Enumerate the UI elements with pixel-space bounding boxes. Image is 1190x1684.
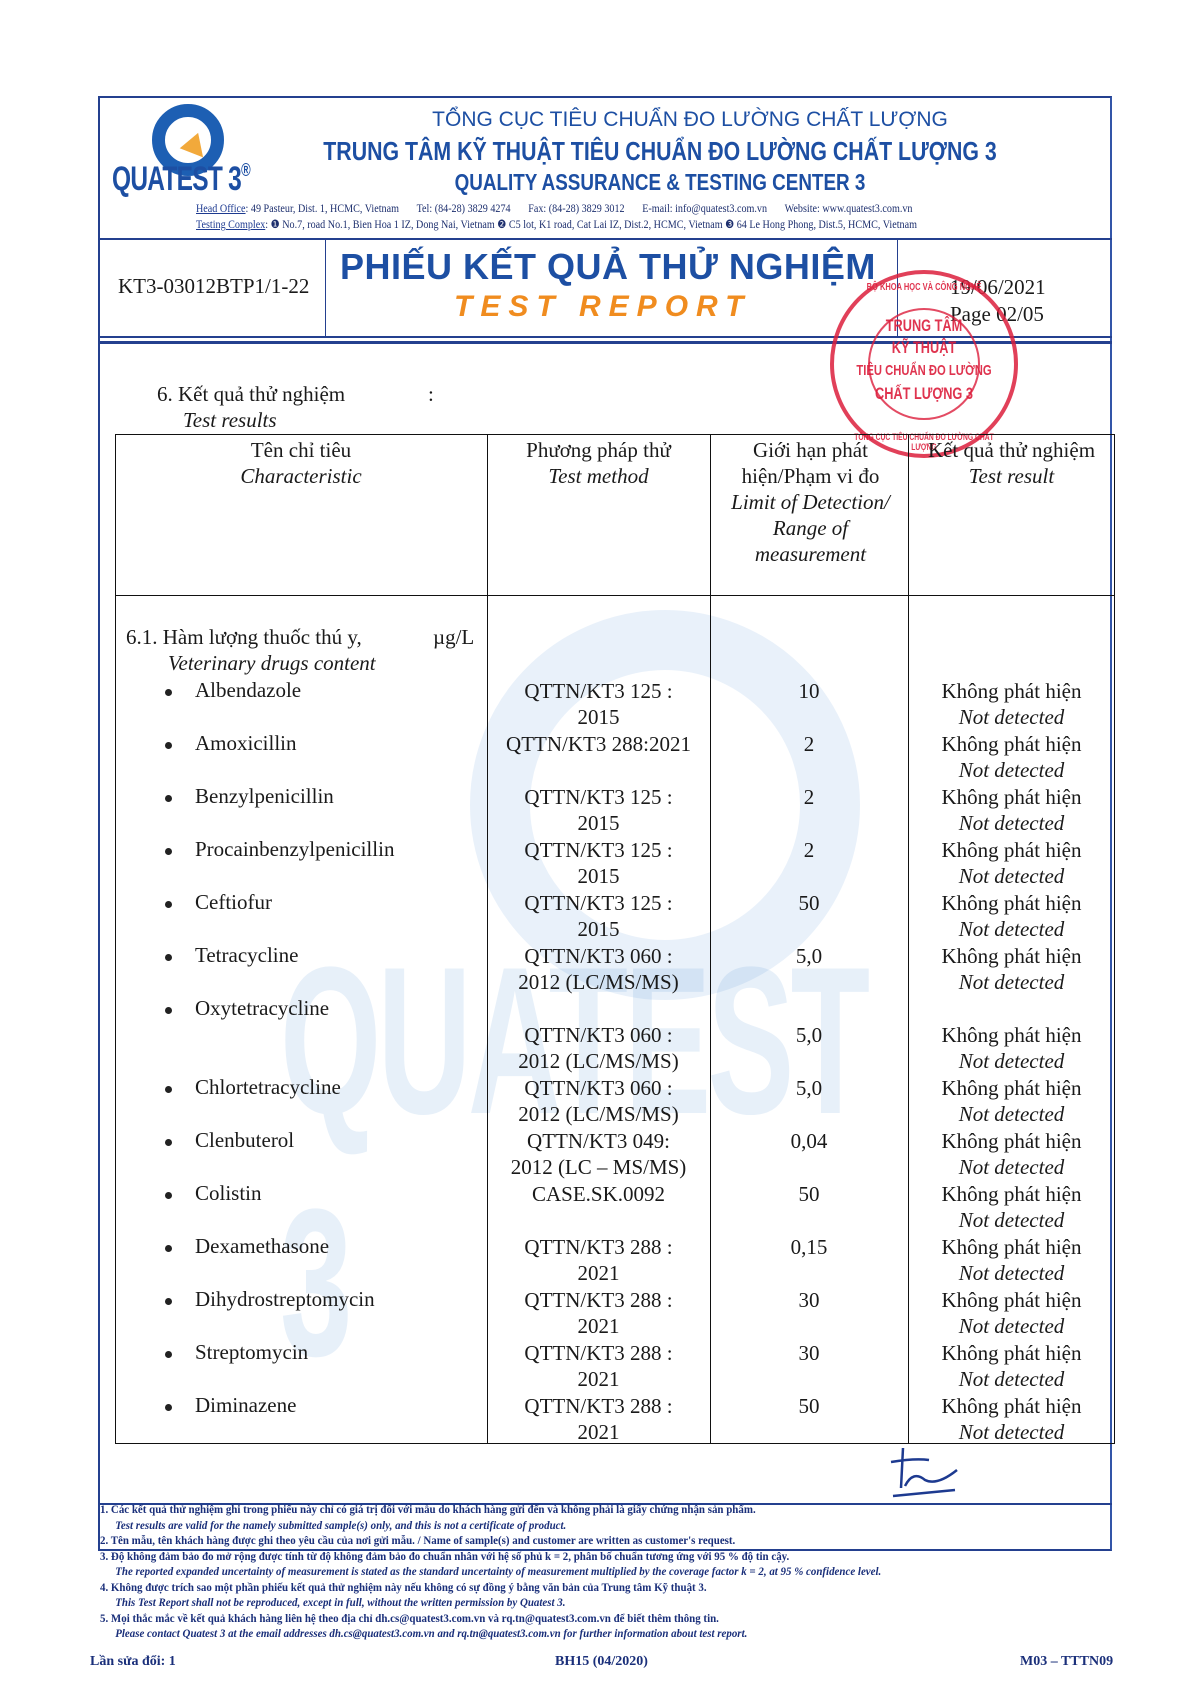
group-unit: µg/L (433, 625, 474, 650)
row-characteristic: Ceftiofur (195, 890, 272, 915)
revision-number: Lần sửa đổi: 1 (90, 1654, 176, 1670)
row-characteristic: Benzylpenicillin (195, 784, 334, 809)
row-test-method: QTTN/KT3 125 :2015 (487, 678, 710, 730)
row-test-result: Không phát hiệnNot detected (908, 1075, 1115, 1127)
row-limit-of-detection: 30 (710, 1340, 908, 1366)
row-test-method: QTTN/KT3 125 :2015 (487, 784, 710, 836)
row-limit-of-detection: 10 (710, 678, 908, 704)
note-4-en: This Test Report shall not be reproduced… (100, 1596, 1060, 1612)
signature-icon (885, 1440, 965, 1500)
row-characteristic: Colistin (195, 1181, 262, 1206)
row-limit-of-detection: 5,0 (710, 1075, 908, 1101)
section-title-vi: 6. Kết quả thử nghiệm (157, 382, 345, 407)
stamp-line-3: TIÊU CHUẨN ĐO LƯỜNG (854, 362, 995, 379)
header-line-3: QUALITY ASSURANCE & TESTING CENTER 3 (291, 169, 1029, 196)
row-test-method: QTTN/KT3 288 :2021 (487, 1393, 710, 1445)
document-number: KT3-03012BTP1/1-22 (118, 274, 309, 299)
header-line-1: TỔNG CỤC TIÊU CHUẨN ĐO LƯỜNG CHẤT LƯỢNG (270, 108, 1110, 132)
row-characteristic: Procainbenzylpenicillin (195, 837, 394, 862)
stamp-line-2: KỸ THUẬT (854, 338, 995, 358)
bullet-icon (165, 1192, 172, 1199)
note-3-vi: 3. Độ không đảm bảo đo mở rộng được tính… (100, 1550, 1060, 1566)
row-test-method: QTTN/KT3 060 :2012 (LC/MS/MS) (487, 1022, 710, 1074)
table-header-divider (115, 595, 1115, 596)
row-limit-of-detection: 2 (710, 784, 908, 810)
row-characteristic: Diminazene (195, 1393, 296, 1418)
note-1-vi: 1. Các kết quả thử nghiệm ghi trong phiế… (100, 1503, 1060, 1519)
stamp-line-1: TRUNG TÂM (854, 316, 995, 336)
row-limit-of-detection: 2 (710, 837, 908, 863)
row-characteristic: Tetracycline (195, 943, 298, 968)
group-title-en: Veterinary drugs content (168, 651, 376, 676)
note-3-en: The reported expanded uncertainty of mea… (100, 1565, 1060, 1581)
row-test-result: Không phát hiệnNot detected (908, 890, 1115, 942)
logo-text: QUATEST 3® (112, 160, 250, 199)
head-office-contact: Head Office: 49 Pasteur, Dist. 1, HCMC, … (196, 203, 912, 215)
report-title-vi: PHIẾU KẾT QUẢ THỬ NGHIỆM (340, 246, 900, 288)
row-test-method: QTTN/KT3 125 :2015 (487, 837, 710, 889)
row-test-method: QTTN/KT3 125 :2015 (487, 890, 710, 942)
row-limit-of-detection: 5,0 (710, 1022, 908, 1048)
form-code: BH15 (04/2020) (555, 1654, 648, 1670)
header-test-result: Kết quả thử nghiệmTest result (908, 437, 1115, 489)
row-limit-of-detection: 0,04 (710, 1128, 908, 1154)
row-limit-of-detection: 0,15 (710, 1234, 908, 1260)
row-characteristic: Albendazole (195, 678, 301, 703)
row-test-result: Không phát hiệnNot detected (908, 1128, 1115, 1180)
row-test-method: QTTN/KT3 060 :2012 (LC/MS/MS) (487, 1075, 710, 1127)
row-test-method: QTTN/KT3 049:2012 (LC – MS/MS) (487, 1128, 710, 1180)
row-limit-of-detection: 50 (710, 1393, 908, 1419)
header-divider (98, 238, 1112, 240)
stamp-line-4: CHẤT LƯỢNG 3 (854, 384, 995, 404)
row-test-result: Không phát hiệnNot detected (908, 678, 1115, 730)
bullet-icon (165, 1404, 172, 1411)
row-characteristic: Clenbuterol (195, 1128, 294, 1153)
note-1-en: Test results are valid for the namely su… (100, 1519, 1060, 1535)
section-title-en: Test results (183, 408, 277, 433)
row-limit-of-detection: 50 (710, 890, 908, 916)
row-characteristic: Amoxicillin (195, 731, 297, 756)
row-limit-of-detection: 30 (710, 1287, 908, 1313)
row-test-result: Không phát hiệnNot detected (908, 1234, 1115, 1286)
bullet-icon (165, 901, 172, 908)
row-characteristic: Oxytetracycline (195, 996, 329, 1021)
header-line-2: TRUNG TÂM KỸ THUẬT TIÊU CHUẨN ĐO LƯỜNG C… (291, 136, 1029, 167)
note-4-vi: 4. Không được trích sao một phần phiếu k… (100, 1581, 1060, 1597)
row-test-result: Không phát hiệnNot detected (908, 1181, 1115, 1233)
header-characteristic: Tên chỉ tiêuCharacteristic (115, 437, 487, 489)
group-title-vi: 6.1. Hàm lượng thuốc thú y, (126, 625, 362, 650)
row-test-method: QTTN/KT3 288 :2021 (487, 1287, 710, 1339)
website-link[interactable]: Website: www.quatest3.com.vn (785, 203, 913, 215)
note-5-en: Please contact Quatest 3 at the email ad… (100, 1627, 1060, 1643)
bullet-icon (165, 1007, 172, 1014)
bullet-icon (165, 742, 172, 749)
email-link[interactable]: E-mail: info@quatest3.com.vn (642, 203, 767, 215)
bullet-icon (165, 1245, 172, 1252)
stamp-ring-top: BỘ KHOA HỌC VÀ CÔNG NGHỆ (854, 282, 995, 293)
footer-notes: 1. Các kết quả thử nghiệm ghi trong phiế… (100, 1503, 1060, 1643)
bullet-icon (165, 1139, 172, 1146)
row-test-result: Không phát hiệnNot detected (908, 1393, 1115, 1445)
row-test-result: Không phát hiệnNot detected (908, 1022, 1115, 1074)
row-test-method: CASE.SK.0092 (487, 1181, 710, 1207)
row-test-result: Không phát hiệnNot detected (908, 784, 1115, 836)
row-characteristic: Dexamethasone (195, 1234, 329, 1259)
row-test-method: QTTN/KT3 288:2021 (487, 731, 710, 757)
section-colon: : (428, 382, 434, 407)
bullet-icon (165, 689, 172, 696)
header-test-method: Phương pháp thửTest method (487, 437, 710, 489)
report-title-en: TEST REPORT (454, 290, 751, 324)
row-test-method: QTTN/KT3 288 :2021 (487, 1234, 710, 1286)
row-limit-of-detection: 2 (710, 731, 908, 757)
row-limit-of-detection: 50 (710, 1181, 908, 1207)
header-limit-of-detection: Giới hạn phát hiện/Phạm vi đoLimit of De… (718, 437, 903, 567)
row-limit-of-detection: 5,0 (710, 943, 908, 969)
row-test-result: Không phát hiệnNot detected (908, 1287, 1115, 1339)
bullet-icon (165, 848, 172, 855)
row-characteristic: Chlortetracycline (195, 1075, 341, 1100)
row-test-result: Không phát hiệnNot detected (908, 943, 1115, 995)
bullet-icon (165, 954, 172, 961)
bullet-icon (165, 1351, 172, 1358)
row-test-result: Không phát hiệnNot detected (908, 837, 1115, 889)
bullet-icon (165, 1086, 172, 1093)
row-test-result: Không phát hiệnNot detected (908, 1340, 1115, 1392)
testing-complex-contact: Testing Complex: ❶ No.7, road No.1, Bien… (196, 217, 917, 231)
row-test-method: QTTN/KT3 288 :2021 (487, 1340, 710, 1392)
title-left-divider (325, 238, 326, 336)
row-characteristic: Dihydrostreptomycin (195, 1287, 375, 1312)
bullet-icon (165, 1298, 172, 1305)
note-2: 2. Tên mẫu, tên khách hàng được ghi theo… (100, 1534, 1060, 1550)
row-characteristic: Streptomycin (195, 1340, 308, 1365)
note-5-vi: 5. Mọi thắc mắc về kết quả khách hàng li… (100, 1612, 1060, 1628)
bullet-icon (165, 795, 172, 802)
row-test-result: Không phát hiệnNot detected (908, 731, 1115, 783)
row-test-method: QTTN/KT3 060 :2012 (LC/MS/MS) (487, 943, 710, 995)
document-code: M03 – TTTN09 (1020, 1654, 1113, 1670)
